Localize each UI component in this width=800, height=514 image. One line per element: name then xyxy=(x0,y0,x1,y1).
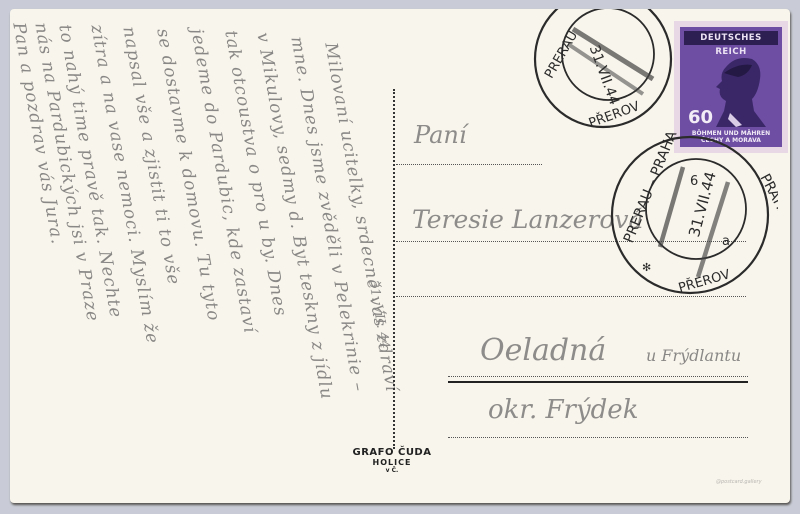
recipient-town: Oeladná xyxy=(480,333,606,368)
recipient-town-suffix: u Frýdlantu xyxy=(646,346,741,365)
postmark-top: 31.VII.44 PRERAU PŘEROV xyxy=(518,9,688,129)
publisher-city: HOLICE xyxy=(352,458,432,467)
address-line xyxy=(448,376,748,377)
stamp-portrait-icon xyxy=(708,49,768,127)
watermark: @postcard.gallery xyxy=(716,479,762,485)
svg-text:a: a xyxy=(722,234,730,249)
address-line xyxy=(396,164,542,165)
divider-line xyxy=(393,89,395,449)
stamp-value: 60 xyxy=(688,107,713,128)
svg-text:PRERAU – PRAHA: PRERAU – PRAHA xyxy=(621,128,681,245)
recipient-salutation: Paní xyxy=(414,121,467,149)
postmark-bottom: 31.VII.44 PRERAU – PRAHA PRAHA PŘEROV ✻ … xyxy=(598,127,778,297)
publisher-imprint: GRAFO ČUDA HOLICE v Č. xyxy=(352,447,432,474)
recipient-district: okr. Frýdek xyxy=(488,395,638,425)
postcard-back: Milovaní ucitelky, srdecně vás zdraví mn… xyxy=(10,9,790,503)
address-underline xyxy=(448,381,748,383)
svg-text:✻: ✻ xyxy=(642,261,651,274)
svg-text:6: 6 xyxy=(690,174,698,189)
publisher-suffix: v Č. xyxy=(352,467,432,474)
svg-text:PRERAU: PRERAU xyxy=(542,29,581,82)
stamp-header: DEUTSCHES REICH xyxy=(684,31,778,45)
publisher-name: GRAFO ČUDA xyxy=(352,447,432,458)
address-line xyxy=(448,437,748,438)
